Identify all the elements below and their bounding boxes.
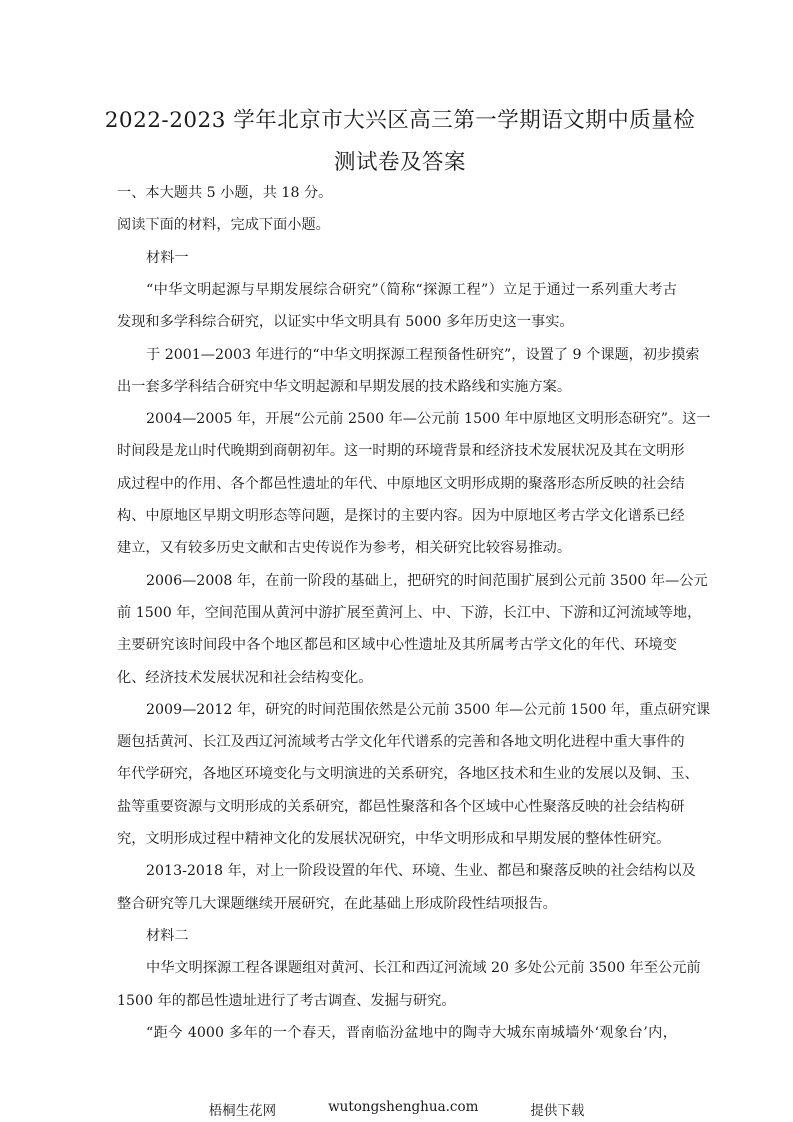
text-line: 年代学研究，各地区环境变化与文明演进的关系研究，各地区技术和生业的发展以及铜、玉… <box>117 765 677 783</box>
text-line: 化、经济技术发展状况和社会结构变化。 <box>117 669 372 687</box>
document-page: 2022-2023 学年北京市大兴区高三第一学期语文期中质量检 测试卷及答案 一… <box>0 0 793 1122</box>
text-line: 主要研究该时间段中各个地区都邑和区域中心性遗址及其所属考古学文化的年代、环境变 <box>117 636 677 654</box>
text-line: “中华文明起源与早期发展综合研究”（简称“探源工程”）立足于通过一系列重大考古 <box>146 281 677 299</box>
text-line: 一、本大题共 5 小题，共 18 分。 <box>117 184 332 202</box>
text-line: 2006—2008 年，在前一阶段的基础上，把研究的时间范围扩展到公元前 350… <box>146 572 677 590</box>
text-line: 盐等重要资源与文明形成的关系研究，都邑性聚落和各个区域中心性聚落反映的社会结构研 <box>117 798 677 816</box>
footer-download-note: 提供下载 <box>530 1099 584 1119</box>
text-line: 2004—2005 年，开展“公元前 2500 年—公元前 1500 年中原地区… <box>146 410 677 428</box>
text-line: 成过程中的作用、各个都邑性遗址的年代、中原地区文明形成期的聚落形态所反映的社会结 <box>117 475 677 493</box>
text-line: “距今 4000 多年的一个春天，晋南临汾盆地中的陶寺大城东南城墙外‘观象台’内… <box>146 1024 677 1042</box>
text-line: 阅读下面的材料，完成下面小题。 <box>117 216 330 234</box>
text-line: 中华文明探源工程各课题组对黄河、长江和西辽河流域 20 多处公元前 3500 年… <box>146 959 677 977</box>
page-footer: 梧桐生花网 wutongshenghua.com 提供下载 <box>0 1099 793 1119</box>
text-line: 整合研究等几大课题继续开展研究，在此基础上形成阶段性结项报告。 <box>117 895 557 913</box>
text-line: 2009—2012 年，研究的时间范围依然是公元前 3500 年—公元前 150… <box>146 701 677 719</box>
text-line: 建立，又有较多历史文献和古史传说作为参考，相关研究比较容易推动。 <box>117 539 571 557</box>
text-line: 前 1500 年，空间范围从黄河中游扩展至黄河上、中、下游，长江中、下游和辽河流… <box>117 604 677 622</box>
text-line: 时间段是龙山时代晚期到商朝初年。这一时期的环境背景和经济技术发展状况及其在文明形 <box>117 442 677 460</box>
text-line: 出一套多学科结合研究中华文明起源和早期发展的技术路线和实施方案。 <box>117 378 571 396</box>
document-title-line-2: 测试卷及答案 <box>100 145 700 176</box>
text-line: 于 2001—2003 年进行的“中华文明探源工程预备性研究”，设置了 9 个课… <box>146 346 677 364</box>
document-title-line-1: 2022-2023 学年北京市大兴区高三第一学期语文期中质量检 <box>100 103 700 134</box>
text-line: 题包括黄河、长江及西辽河流域考古学文化年代谱系的完善和各地文明化进程中重大事件的 <box>117 733 677 751</box>
text-line: 2013-2018 年，对上一阶段设置的年代、环境、生业、都邑和聚落反映的社会结… <box>146 862 677 880</box>
text-line: 发现和多学科综合研究，以证实中华文明具有 5000 多年历史这一事实。 <box>117 313 574 331</box>
text-line: 材料二 <box>146 927 189 945</box>
footer-site-url[interactable]: wutongshenghua.com <box>328 1099 478 1119</box>
text-line: 构、中原地区早期文明形态等问题，是探讨的主要内容。因为中原地区考古学文化谱系已经 <box>117 507 677 525</box>
footer-site-name: 梧桐生花网 <box>209 1099 277 1119</box>
text-line: 1500 年的都邑性遗址进行了考古调查、发掘与研究。 <box>117 992 456 1010</box>
text-line: 究，文明形成过程中精神文化的发展状况研究，中华文明形成和早期发展的整体性研究。 <box>117 830 670 848</box>
text-line: 材料一 <box>146 249 189 267</box>
